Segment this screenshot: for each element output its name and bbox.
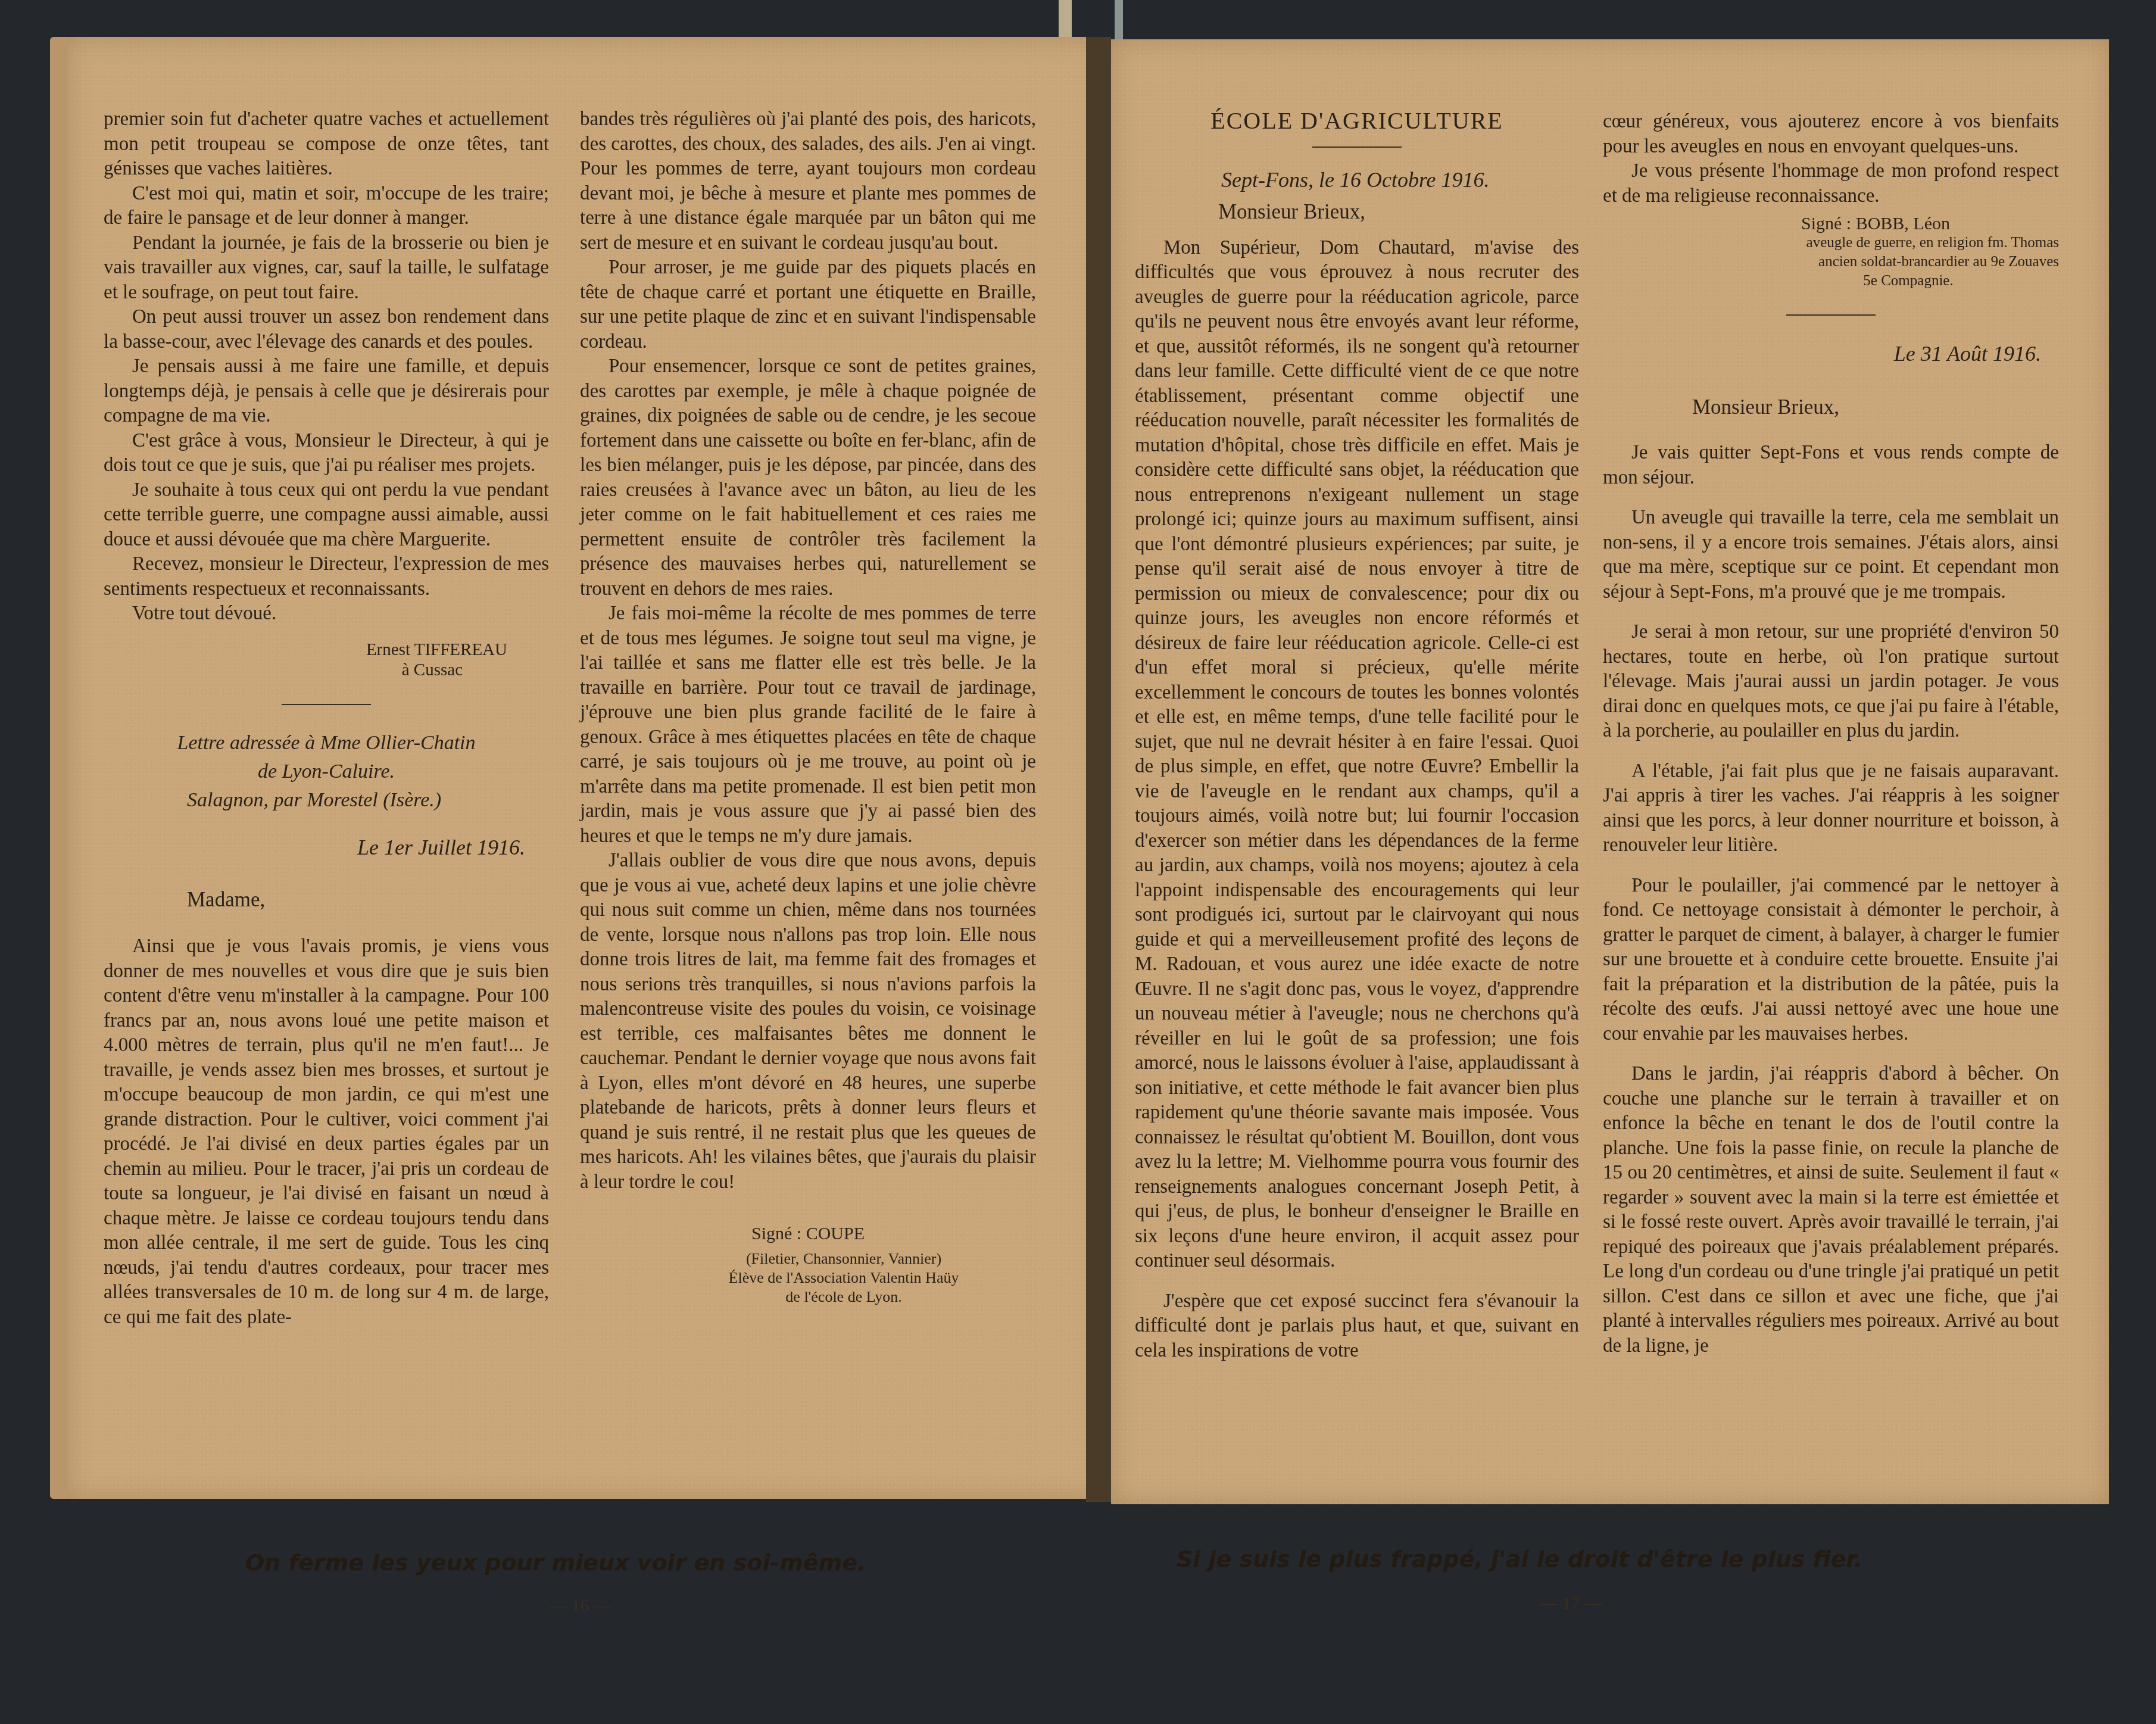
paragraph: Votre tout dévoué.: [104, 601, 549, 626]
paragraph: Un aveugle qui travaille la terre, cela …: [1603, 506, 2059, 604]
page-motto: Si je suis le plus frappé, j'ai le droit…: [1177, 1546, 1862, 1572]
paragraph: Je fais moi-même la récolte de mes pomme…: [580, 601, 1036, 849]
paragraph: Pour le poulailler, j'ai commencé par le…: [1603, 874, 2059, 1047]
section-divider: [282, 704, 371, 705]
paragraph: Je vais quitter Sept-Fons et vous rends …: [1603, 441, 2059, 490]
signature: Signé : BOBB, Léon: [1603, 214, 2059, 233]
signature-line: de l'école de Lyon.: [580, 1287, 1036, 1307]
paragraph: Je serai à mon retour, sur une propriété…: [1603, 620, 2059, 744]
right-page: ÉCOLE D'AGRICULTURE Sept-Fons, le 16 Oct…: [1111, 39, 2109, 1504]
left-page-column-2: bandes très régulières où j'ai planté de…: [580, 107, 1036, 1307]
letter-header-line1: Lettre adressée à Mme Ollier-Chatin: [104, 729, 549, 757]
left-page-column-1: premier soin fut d'acheter quatre vaches…: [104, 107, 549, 1330]
bookmark-ribbon-2: [1115, 0, 1123, 42]
letter-place: Salagnon, par Morestel (Isère.): [104, 786, 549, 815]
page-motto: On ferme les yeux pour mieux voir en soi…: [245, 1550, 866, 1576]
page-number: — 17 —: [1540, 1594, 1602, 1614]
section-divider: [1312, 146, 1402, 148]
right-page-column-1: ÉCOLE D'AGRICULTURE Sept-Fons, le 16 Oct…: [1135, 104, 1579, 1363]
letter-date: Le 1er Juillet 1916.: [104, 833, 549, 862]
signature-line: Élève de l'Association Valentin Haüy: [580, 1268, 1036, 1287]
paragraph: J'espère que cet exposé succinct fera s'…: [1135, 1289, 1579, 1364]
signature-name: Ernest TIFFEREAU: [104, 640, 549, 660]
paragraph: Pour ensemencer, lorsque ce sont de peti…: [580, 354, 1036, 601]
signature-line: aveugle de guerre, en religion fm. Thoma…: [1603, 233, 2059, 252]
paragraph: Ainsi que je vous l'avais promis, je vie…: [104, 934, 549, 1330]
letter-salutation: Monsieur Brieux,: [1603, 392, 2059, 423]
paragraph: On peut aussi trouver un assez bon rende…: [104, 305, 549, 354]
paragraph: premier soin fut d'acheter quatre vaches…: [104, 107, 549, 182]
bookmark-ribbon: [1059, 0, 1072, 39]
section-divider: [1786, 314, 1876, 316]
section-heading: ÉCOLE D'AGRICULTURE: [1135, 108, 1579, 133]
paragraph: C'est moi qui, matin et soir, m'occupe d…: [104, 182, 549, 231]
letter-date: Sept-Fons, le 16 Octobre 1916.: [1135, 166, 1579, 194]
paragraph: Recevez, monsieur le Directeur, l'expres…: [104, 552, 549, 601]
signature-line: (Filetier, Chansonnier, Vannier): [580, 1249, 1036, 1268]
letter-salutation: Monsieur Brieux,: [1135, 197, 1579, 227]
signature-line: 5e Compagnie.: [1603, 272, 2059, 291]
letter-header-line2: de Lyon-Caluire.: [104, 757, 549, 786]
paragraph: Pour arroser, je me guide par des piquet…: [580, 255, 1036, 354]
page-number: — 16 —: [549, 1596, 611, 1616]
letter-date: Le 31 Août 1916.: [1603, 339, 2059, 368]
book-gutter: [1086, 37, 1111, 1502]
left-page: premier soin fut d'acheter quatre vaches…: [50, 37, 1103, 1499]
signature-place: à Cussac: [104, 660, 549, 680]
paragraph: J'allais oublier de vous dire que nous a…: [580, 849, 1036, 1195]
signature-line: ancien soldat-brancardier au 9e Zouaves: [1603, 252, 2059, 272]
paragraph: Je souhaite à tous ceux qui ont perdu la…: [104, 478, 549, 553]
paragraph: cœur généreux, vous ajouterez encore à v…: [1603, 110, 2059, 159]
paragraph: Je vous présente l'hommage de mon profon…: [1603, 159, 2059, 208]
letter-salutation: Madame,: [187, 887, 549, 912]
paragraph: Pendant la journée, je fais de la brosse…: [104, 231, 549, 305]
right-page-column-2: cœur généreux, vous ajouterez encore à v…: [1603, 110, 2059, 1358]
paragraph: bandes très régulières où j'ai planté de…: [580, 107, 1036, 255]
paragraph: Mon Supérieur, Dom Chautard, m'avise des…: [1135, 236, 1579, 1274]
paragraph: Dans le jardin, j'ai réappris d'abord à …: [1603, 1062, 2059, 1358]
paragraph: C'est grâce à vous, Monsieur le Directeu…: [104, 429, 549, 478]
paragraph: Je pensais aussi à me faire une famille,…: [104, 354, 549, 429]
signature: Signé : COUPE: [580, 1224, 1036, 1243]
paragraph: A l'étable, j'ai fait plus que je ne fai…: [1603, 759, 2059, 858]
